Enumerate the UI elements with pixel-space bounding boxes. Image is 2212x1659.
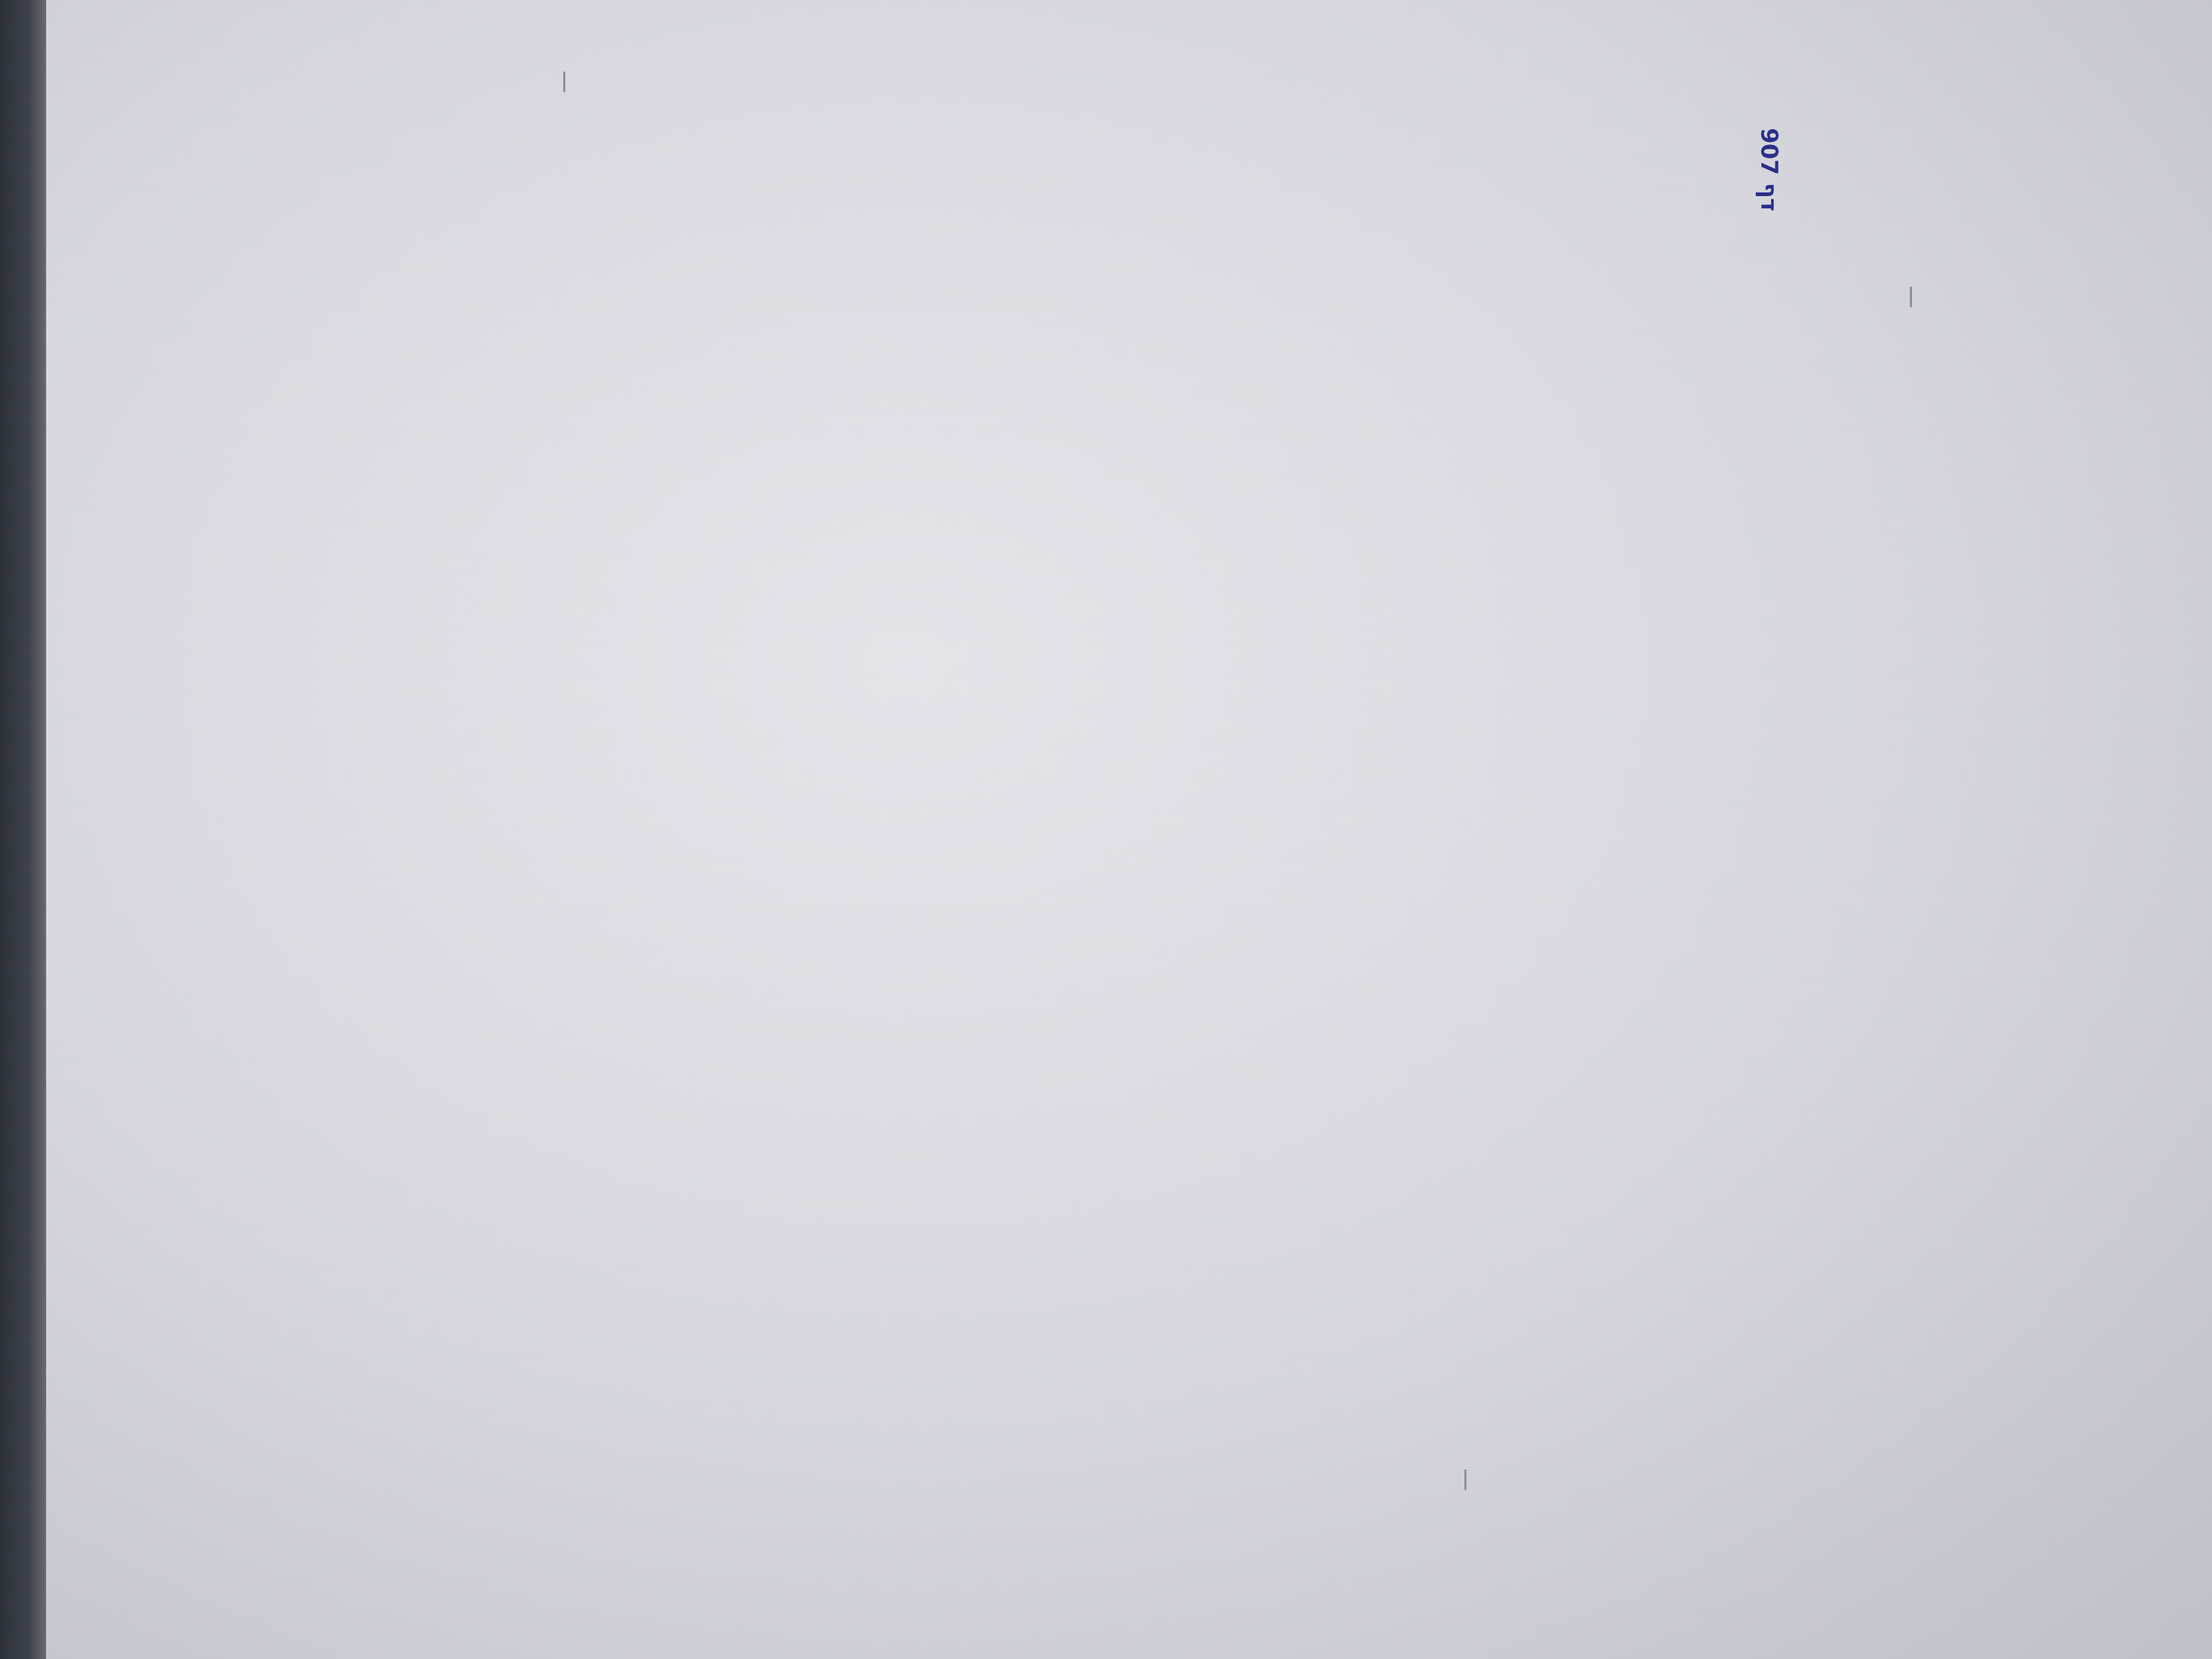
paper-mark (1464, 1470, 1466, 1490)
paper-mark (563, 72, 565, 92)
page-stamp: דף 907 (1756, 128, 1782, 211)
paper-sheet (46, 0, 2212, 1659)
desk-background (0, 0, 49, 1659)
paper-mark (1910, 287, 1912, 307)
